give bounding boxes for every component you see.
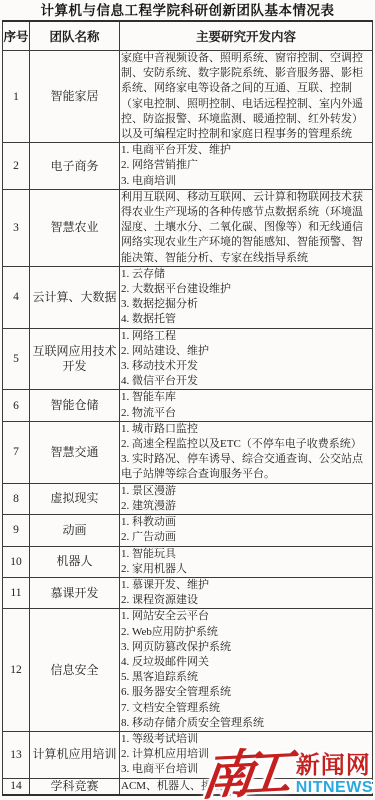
team-name-cell: 虚拟现实	[30, 483, 120, 514]
team-content-cell: 家庭中音视频设备、照明系统、窗帘控制、空调控制、安防系统、数字影院系统、影音服务…	[120, 51, 373, 143]
team-name-cell: 互联网应用技术开发	[30, 328, 120, 390]
row-number-cell: 6	[3, 390, 30, 421]
team-name-cell: 智慧交通	[30, 421, 120, 483]
table-row: 9 动画 1. 科教动画 2. 广告动画	[3, 515, 373, 546]
header-serial-number: 序号	[3, 21, 30, 51]
row-number-cell: 8	[3, 483, 30, 514]
row-number-cell: 12	[3, 609, 30, 732]
row-number-cell: 7	[3, 421, 30, 483]
team-name-cell: 动画	[30, 515, 120, 546]
team-content-cell: 1. 电商平台开发、维护 2. 网络营销推广 3. 电商培训	[120, 143, 373, 190]
row-number-cell: 5	[3, 328, 30, 390]
row-number-cell: 9	[3, 515, 30, 546]
table-row: 10 机器人 1. 智能玩具 2. 家用机器人	[3, 546, 373, 577]
team-content-cell: 1. 智能玩具 2. 家用机器人	[120, 546, 373, 577]
row-number-cell: 11	[3, 577, 30, 608]
team-content-cell: 1. 慕课开发、维护 2. 课程资源建设	[120, 577, 373, 608]
team-name-cell: 智慧农业	[30, 189, 120, 266]
table-row: 8 虚拟现实 1. 景区漫游 2. 建筑漫游	[3, 483, 373, 514]
team-content-cell: 1. 网络工程 2. 网站建设、维护 3. 移动技术开发 4. 微信平台开发	[120, 328, 373, 390]
row-number-cell: 14	[3, 778, 30, 795]
team-content-cell: 1. 网站安全云平台 2. Web应用防护系统 3. 网页防篡改保护系统 4. …	[120, 609, 373, 732]
team-name-cell: 计算机应用培训	[30, 731, 120, 778]
row-number-cell: 13	[3, 731, 30, 778]
table-row: 5 互联网应用技术开发 1. 网络工程 2. 网站建设、维护 3. 移动技术开发…	[3, 328, 373, 390]
team-content-cell: 利用互联网、移动互联网、云计算和物联网技术获得农业生产现场的各种传感节点数据系统…	[120, 189, 373, 266]
table-title: 计算机与信息工程学院科研创新团队基本情况表	[0, 0, 375, 20]
table-row: 11 慕课开发 1. 慕课开发、维护 2. 课程资源建设	[3, 577, 373, 608]
table-row: 4 云计算、大数据 1. 云存储 2. 大数据平台建设维护 3. 数据挖掘分析 …	[3, 266, 373, 328]
header-team-name: 团队名称	[30, 21, 120, 51]
teams-table: 序号 团队名称 主要研究开发内容 1 智能家居 家庭中音视频设备、照明系统、窗帘…	[2, 20, 373, 796]
table-row: 3 智慧农业 利用互联网、移动互联网、云计算和物联网技术获得农业生产现场的各种传…	[3, 189, 373, 266]
table-row: 13 计算机应用培训 1. 等级考试培训 2. 计算机应用培训 3. 电商平台培…	[3, 731, 373, 778]
team-name-cell: 慕课开发	[30, 577, 120, 608]
row-number-cell: 2	[3, 143, 30, 190]
team-name-cell: 智能家居	[30, 51, 120, 143]
team-name-cell: 学科竞赛	[30, 778, 120, 795]
row-number-cell: 10	[3, 546, 30, 577]
header-research-content: 主要研究开发内容	[120, 21, 373, 51]
team-content-cell: 1. 智能车库 2. 物流平台	[120, 390, 373, 421]
table-row: 1 智能家居 家庭中音视频设备、照明系统、窗帘控制、空调控制、安防系统、数字影院…	[3, 51, 373, 143]
team-content-cell: 1. 云存储 2. 大数据平台建设维护 3. 数据挖掘分析 4. 数据托管	[120, 266, 373, 328]
team-content-cell: 1. 科教动画 2. 广告动画	[120, 515, 373, 546]
header-row: 序号 团队名称 主要研究开发内容	[3, 21, 373, 51]
team-name-cell: 机器人	[30, 546, 120, 577]
row-number-cell: 4	[3, 266, 30, 328]
table-row: 7 智慧交通 1. 城市路口监控 2. 高速全程监控以及ETC（不停车电子收费系…	[3, 421, 373, 483]
team-name-cell: 信息安全	[30, 609, 120, 732]
row-number-cell: 3	[3, 189, 30, 266]
table-row: 14 学科竞赛 ACM、机器人、挑战杯	[3, 778, 373, 795]
team-content-cell: 1. 等级考试培训 2. 计算机应用培训 3. 电商平台培训	[120, 731, 373, 778]
table-body: 1 智能家居 家庭中音视频设备、照明系统、窗帘控制、空调控制、安防系统、数字影院…	[3, 51, 373, 795]
team-name-cell: 云计算、大数据	[30, 266, 120, 328]
team-name-cell: 电子商务	[30, 143, 120, 190]
table-row: 2 电子商务 1. 电商平台开发、维护 2. 网络营销推广 3. 电商培训	[3, 143, 373, 190]
row-number-cell: 1	[3, 51, 30, 143]
document-page: 计算机与信息工程学院科研创新团队基本情况表 序号 团队名称 主要研究开发内容 1…	[0, 0, 375, 800]
team-content-cell: ACM、机器人、挑战杯	[120, 778, 373, 795]
team-content-cell: 1. 景区漫游 2. 建筑漫游	[120, 483, 373, 514]
table-row: 12 信息安全 1. 网站安全云平台 2. Web应用防护系统 3. 网页防篡改…	[3, 609, 373, 732]
team-content-cell: 1. 城市路口监控 2. 高速全程监控以及ETC（不停车电子收费系统） 3. 实…	[120, 421, 373, 483]
team-name-cell: 智能仓储	[30, 390, 120, 421]
table-row: 6 智能仓储 1. 智能车库 2. 物流平台	[3, 390, 373, 421]
